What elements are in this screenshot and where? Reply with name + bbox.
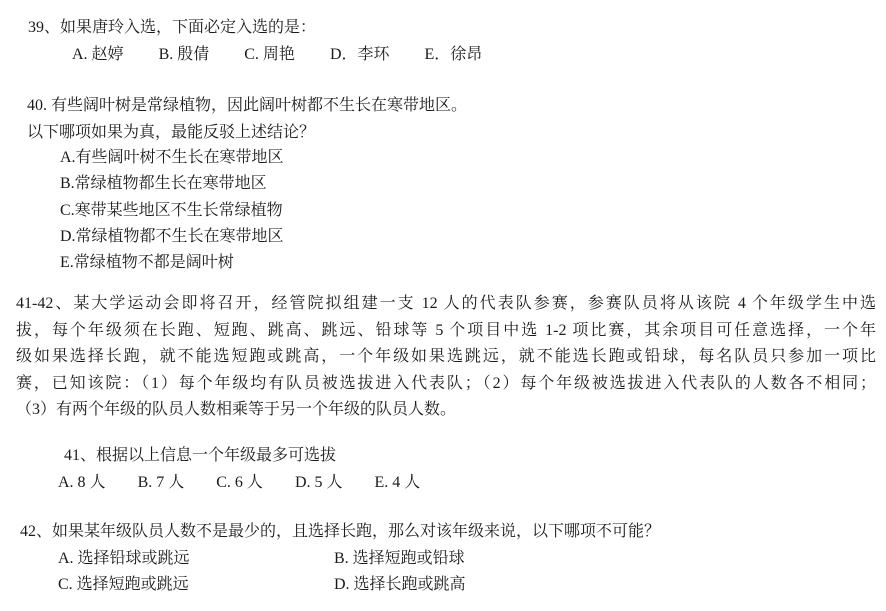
exam-document-page: 39、如果唐玲入选，下面必定入选的是： A. 赵婷 B. 殷倩 C. 周艳 D．…	[0, 0, 886, 611]
q42-option-c: C. 选择短跑或跳远	[58, 574, 334, 596]
question-42-stem: 42、如果某年级队员人数不是最少的，且选择长跑，那么对该年级来说，以下哪项不可能…	[20, 521, 660, 543]
q39-option-e: E．徐昂	[425, 44, 483, 66]
question-42-options-row1: A. 选择铅球或跳远 B. 选择短跑或铅球	[58, 548, 465, 570]
question-39-stem: 39、如果唐玲入选，下面必定入选的是：	[28, 17, 316, 39]
q40-option-c: C.寒带某些地区不生长常绿植物	[60, 200, 283, 222]
q42-option-a: A. 选择铅球或跳远	[58, 548, 334, 570]
q40-option-a: A.有些阔叶树不生长在寒带地区	[60, 147, 284, 169]
q39-option-c: C. 周艳	[244, 44, 295, 66]
question-41-42-intro-paragraph: 41-42、某大学运动会即将召开，经管院拟组建一支 12 人的代表队参赛，参赛队…	[16, 291, 876, 424]
question-40-stem-line2: 以下哪项如果为真，最能反驳上述结论？	[27, 122, 315, 144]
q39-option-b: B. 殷倩	[159, 44, 210, 66]
question-42-options-row2: C. 选择短跑或跳远 D. 选择长跑或跳高	[58, 574, 466, 596]
q42-option-d: D. 选择长跑或跳高	[334, 574, 466, 596]
q40-option-d: D.常绿植物都不生长在寒带地区	[60, 226, 284, 248]
intro-line-3: 级如果选择长跑，就不能选短跑或跳高，一个年级如果选跳远，就不能选长跑或铅球，每名…	[16, 344, 876, 371]
q41-option-a: A. 8 人	[58, 472, 106, 494]
q41-option-e: E. 4 人	[375, 472, 421, 494]
intro-line-5: （3）有两个年级的队员人数相乘等于另一个年级的队员人数。	[16, 397, 876, 424]
q41-option-d: D. 5 人	[295, 472, 343, 494]
question-41-stem: 41、根据以上信息一个年级最多可选拔	[64, 445, 336, 467]
q39-option-d: D．李环	[330, 44, 390, 66]
question-41-options: A. 8 人 B. 7 人 C. 6 人 D. 5 人 E. 4 人	[58, 472, 420, 494]
intro-line-4: 赛，已知该院：（1）每个年级均有队员被选拔进入代表队；（2）每个年级被选拔进入代…	[16, 371, 876, 398]
q40-option-b: B.常绿植物都生长在寒带地区	[60, 173, 267, 195]
question-39-options: A. 赵婷 B. 殷倩 C. 周艳 D．李环 E．徐昂	[72, 44, 482, 66]
intro-line-2: 拔，每个年级须在长跑、短跑、跳高、跳远、铅球等 5 个项目中选 1-2 项比赛，…	[16, 318, 876, 345]
q40-option-e: E.常绿植物不都是阔叶树	[60, 252, 234, 274]
intro-line-1: 41-42、某大学运动会即将召开，经管院拟组建一支 12 人的代表队参赛，参赛队…	[16, 291, 876, 318]
question-40-stem-line1: 40. 有些阔叶树是常绿植物，因此阔叶树都不生长在寒带地区。	[27, 95, 467, 117]
q42-option-b: B. 选择短跑或铅球	[334, 548, 465, 570]
q39-option-a: A. 赵婷	[72, 44, 124, 66]
q41-option-b: B. 7 人	[138, 472, 185, 494]
q41-option-c: C. 6 人	[216, 472, 263, 494]
